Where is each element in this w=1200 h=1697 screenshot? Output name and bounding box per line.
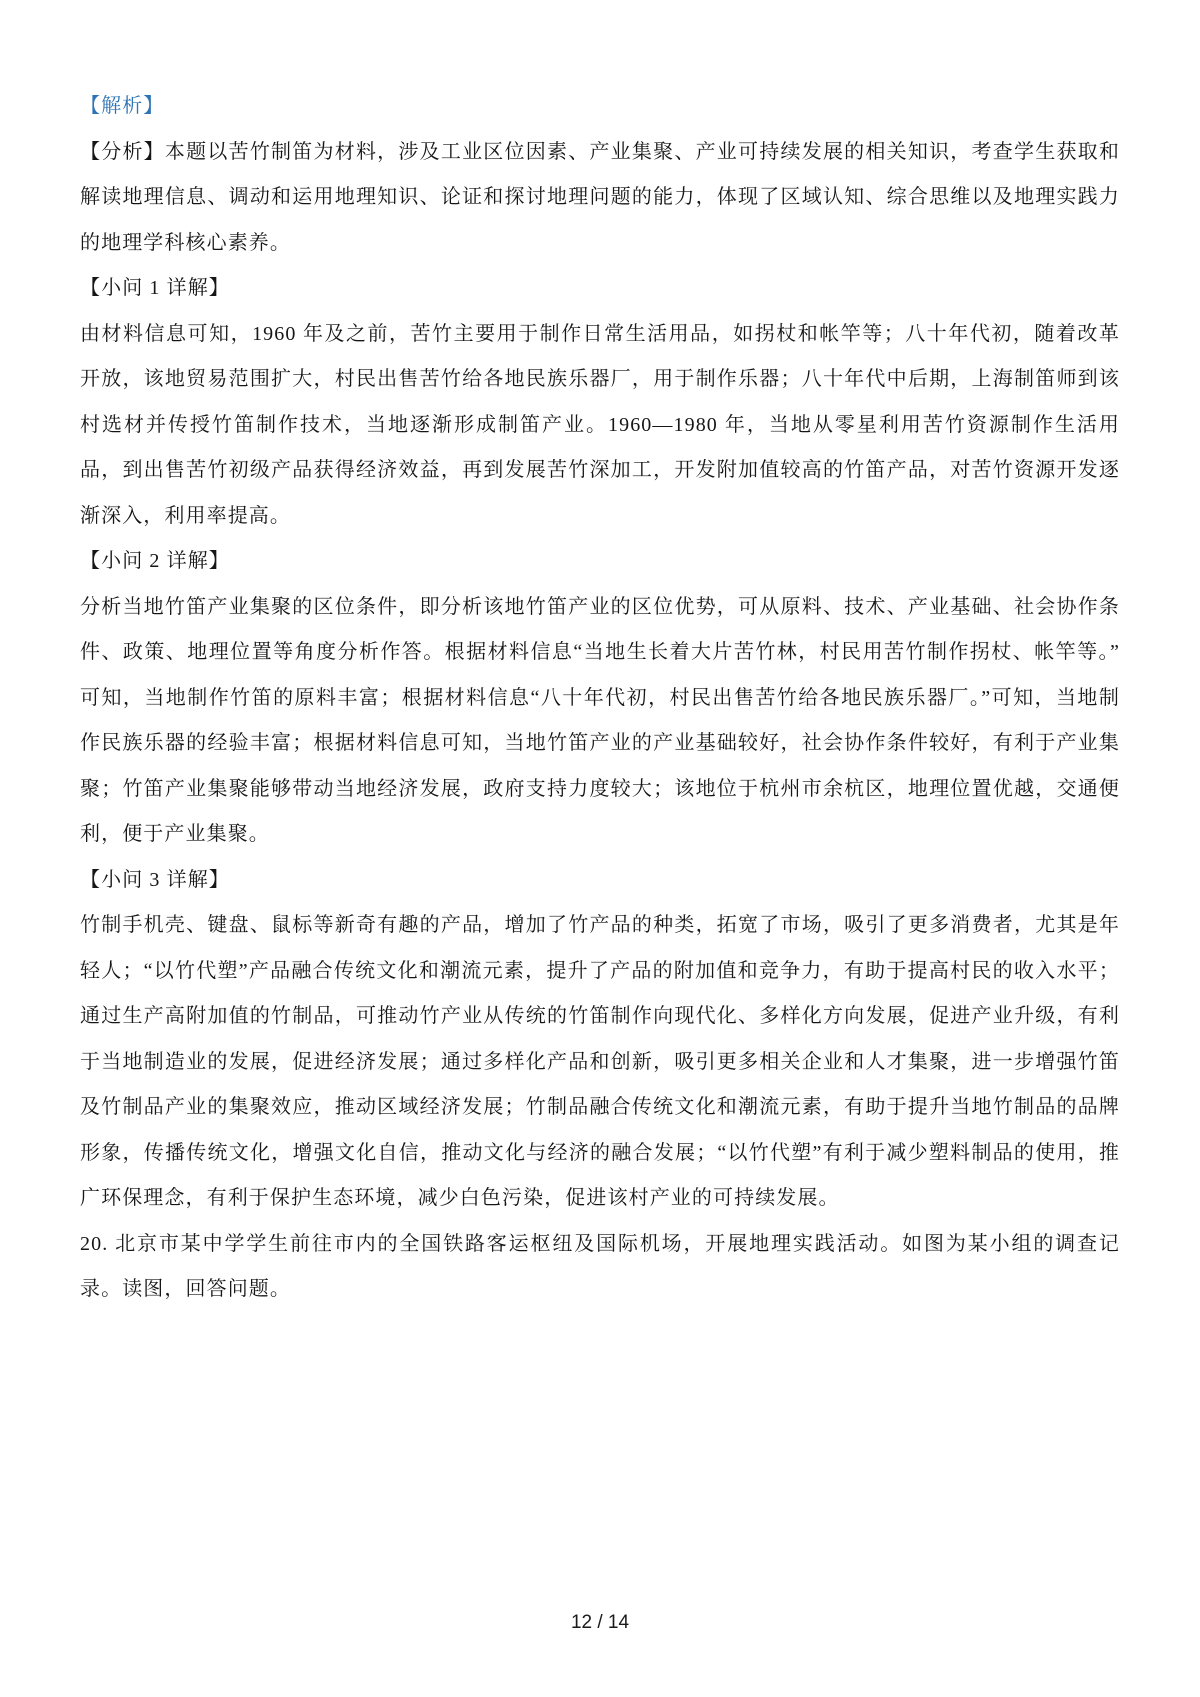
document-page: 【解析】 【分析】本题以苦竹制笛为材料，涉及工业区位因素、产业集聚、产业可持续发… (0, 0, 1200, 1697)
page-footer: 12 / 14 (0, 1612, 1200, 1634)
page-number: 12 / 14 (571, 1612, 629, 1633)
question-20-stem: 20. 北京市某中学学生前往市内的全国铁路客运枢纽及国际机场，开展地理实践活动。… (80, 1222, 1120, 1313)
subquestion-3-explanation: 竹制手机壳、键盘、鼠标等新奇有趣的产品，增加了竹产品的种类，拓宽了市场，吸引了更… (80, 903, 1120, 1222)
document-body: 【解析】 【分析】本题以苦竹制笛为材料，涉及工业区位因素、产业集聚、产业可持续发… (80, 84, 1120, 1313)
analysis-paragraph: 【分析】本题以苦竹制笛为材料，涉及工业区位因素、产业集聚、产业可持续发展的相关知… (80, 130, 1120, 267)
subquestion-2-heading: 【小问 2 详解】 (80, 539, 1120, 585)
subquestion-1-explanation: 由材料信息可知，1960 年及之前，苦竹主要用于制作日常生活用品，如拐杖和帐竿等… (80, 312, 1120, 540)
answer-analysis-heading: 【解析】 (80, 84, 1120, 130)
subquestion-1-heading: 【小问 1 详解】 (80, 266, 1120, 312)
subquestion-3-heading: 【小问 3 详解】 (80, 858, 1120, 904)
subquestion-2-explanation: 分析当地竹笛产业集聚的区位条件，即分析该地竹笛产业的区位优势，可从原料、技术、产… (80, 585, 1120, 858)
